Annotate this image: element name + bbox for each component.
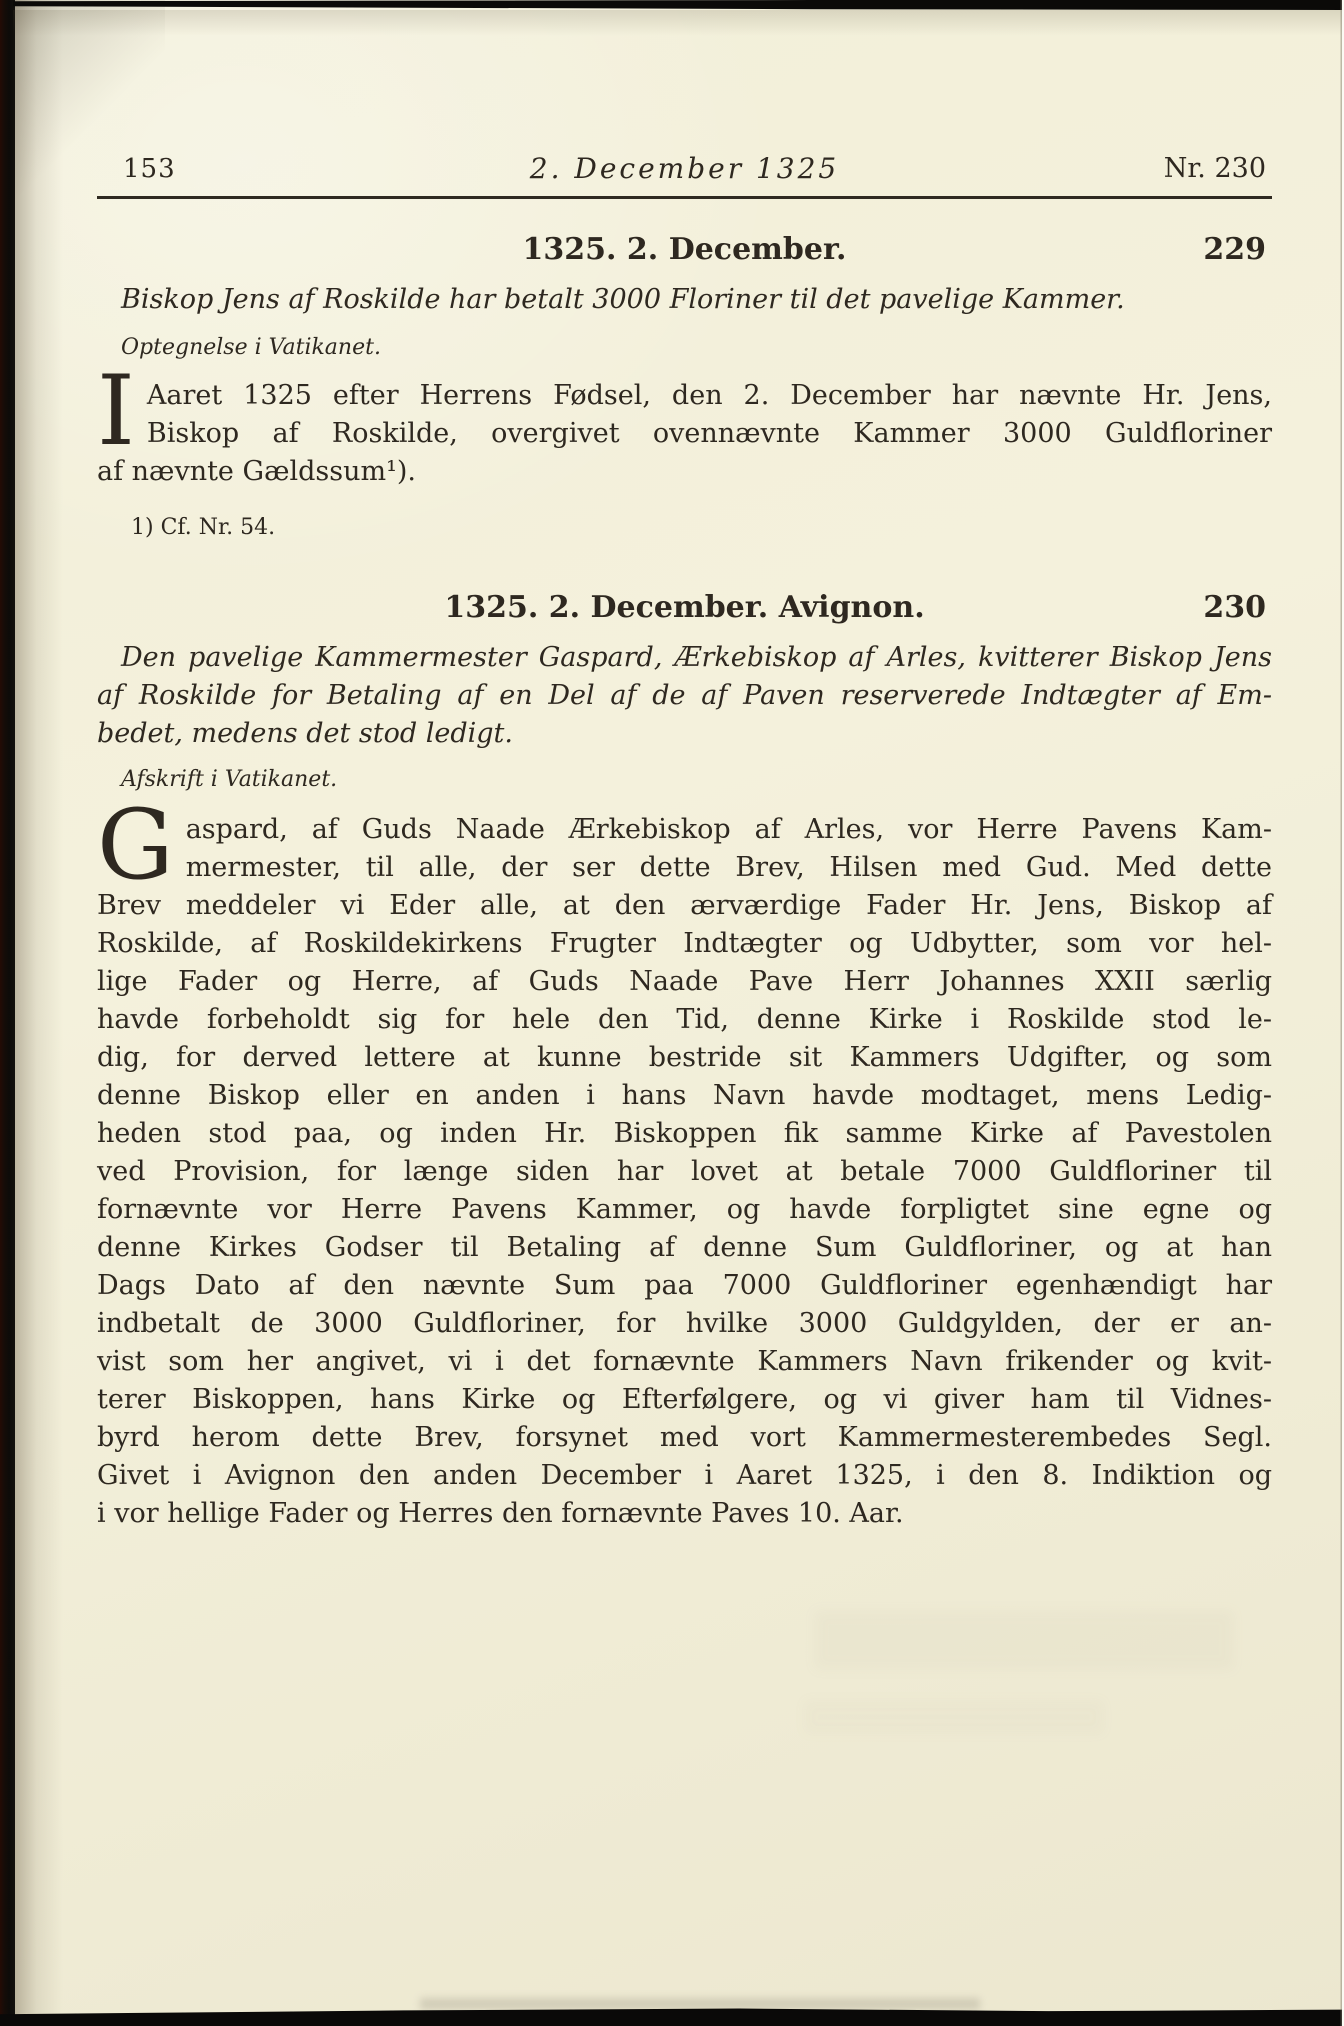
entry-230-source-note: Afskrift i Vatikanet.: [97, 765, 1272, 795]
entry-230: 1325. 2. December. Avignon. 230 Den pave…: [97, 589, 1272, 1533]
entry-229-body: I Aaret 1325 efter Herrens Fødsel, den 2…: [97, 377, 1272, 491]
text-line: indbetalt de 3000 Guldfloriner, for hvil…: [97, 1305, 1272, 1343]
text-line: dig, for derved lettere at kunne bestrid…: [97, 1039, 1272, 1077]
text-line: denne Kirkes Godser til Betaling af denn…: [97, 1229, 1272, 1267]
text-line: lige Fader og Herre, af Guds Naade Pave …: [97, 963, 1272, 1001]
text-line: heden stod paa, og inden Hr. Biskoppen f…: [97, 1115, 1272, 1153]
entry-229-body-lines: Aaret 1325 efter Herrens Fødsel, den 2. …: [97, 377, 1272, 491]
page-number: 153: [123, 154, 176, 184]
entry-229-source-note: Optegnelse i Vatikanet.: [97, 333, 1272, 363]
text-line: Roskilde, af Roskildekirkens Frugter Ind…: [97, 925, 1272, 963]
header-rule: [97, 196, 1272, 199]
text-line: aspard, af Guds Naade Ærkebiskop af Arle…: [97, 811, 1272, 849]
entry-229-summary: Biskop Jens af Roskilde har betalt 3000 …: [97, 281, 1272, 319]
text-line: Aaret 1325 efter Herrens Fødsel, den 2. …: [97, 377, 1272, 415]
top-edge-shadow: [13, 10, 1344, 36]
entry-230-number: 230: [1203, 589, 1266, 627]
text-line: terer Biskoppen, hans Kirke og Efterfølg…: [97, 1381, 1272, 1419]
bleed-through-smudge: [814, 1610, 1234, 1670]
text-line: i vor hellige Fader og Herres den fornæv…: [97, 1495, 1272, 1533]
scan-edge-right: [1340, 0, 1344, 2026]
bleed-through-smudge: [804, 1700, 1104, 1734]
text-line: byrd herom dette Brev, forsynet med vort…: [97, 1419, 1272, 1457]
gutter-shadow: [15, 0, 63, 2026]
running-title: 2. December 1325: [530, 152, 839, 185]
entry-230-heading: 1325. 2. December. Avignon.: [444, 590, 924, 625]
text-line: fornævnte vor Herre Pavens Kammer, og ha…: [97, 1191, 1272, 1229]
entry-229-number: 229: [1203, 231, 1266, 269]
text-line: Dags Dato af den nævnte Sum paa 7000 Gul…: [97, 1267, 1272, 1305]
entry-229: 1325. 2. December. 229 Biskop Jens af Ro…: [97, 231, 1272, 543]
text-line: mermester, til alle, der ser dette Brev,…: [97, 849, 1272, 887]
entry-230-heading-row: 1325. 2. December. Avignon. 230: [97, 589, 1272, 627]
text-line: havde forbeholdt sig for hele den Tid, d…: [97, 1001, 1272, 1039]
text-line: Biskop Jens af Roskilde har betalt 3000 …: [97, 281, 1272, 319]
entry-229-heading: 1325. 2. December.: [523, 232, 847, 267]
text-line: Givet i Avignon den anden December i Aar…: [97, 1457, 1272, 1495]
text-column: 153 2. December 1325 Nr. 230 1325. 2. De…: [97, 0, 1272, 1533]
scanned-book-page: 153 2. December 1325 Nr. 230 1325. 2. De…: [0, 0, 1344, 2026]
running-number: Nr. 230: [1164, 153, 1266, 184]
text-line: denne Biskop eller en anden i hans Navn …: [97, 1077, 1272, 1115]
text-line: bedet, medens det stod ledigt.: [97, 715, 1272, 753]
text-line: Brev meddeler vi Eder alle, at den ærvær…: [97, 887, 1272, 925]
drop-cap-g: G: [97, 814, 174, 886]
bottom-edge-smudge: [420, 1998, 980, 2010]
page-header: 153 2. December 1325 Nr. 230: [97, 152, 1272, 190]
scan-edge-bottom: [0, 2007, 1344, 2026]
text-line: Den pavelige Kammermester Gaspard, Ærkeb…: [97, 639, 1272, 677]
entry-230-body: G aspard, af Guds Naade Ærkebiskop af Ar…: [97, 811, 1272, 1533]
text-line: vist som her angivet, vi i det fornævnte…: [97, 1343, 1272, 1381]
text-line: af nævnte Gældssum¹).: [97, 453, 1272, 491]
entry-229-heading-row: 1325. 2. December. 229: [97, 231, 1272, 269]
text-line: Biskop af Roskilde, overgivet ovennævnte…: [97, 415, 1272, 453]
drop-cap-i: I: [97, 380, 135, 452]
entry-230-summary: Den pavelige Kammermester Gaspard, Ærkeb…: [97, 639, 1272, 753]
scan-edge-left: [0, 0, 15, 2026]
entry-229-footnote: 1) Cf. Nr. 54.: [97, 513, 1272, 543]
text-line: af Roskilde for Betaling af en Del af de…: [97, 677, 1272, 715]
text-line: ved Provision, for længe siden har lovet…: [97, 1153, 1272, 1191]
entry-230-body-lines: aspard, af Guds Naade Ærkebiskop af Arle…: [97, 811, 1272, 1533]
